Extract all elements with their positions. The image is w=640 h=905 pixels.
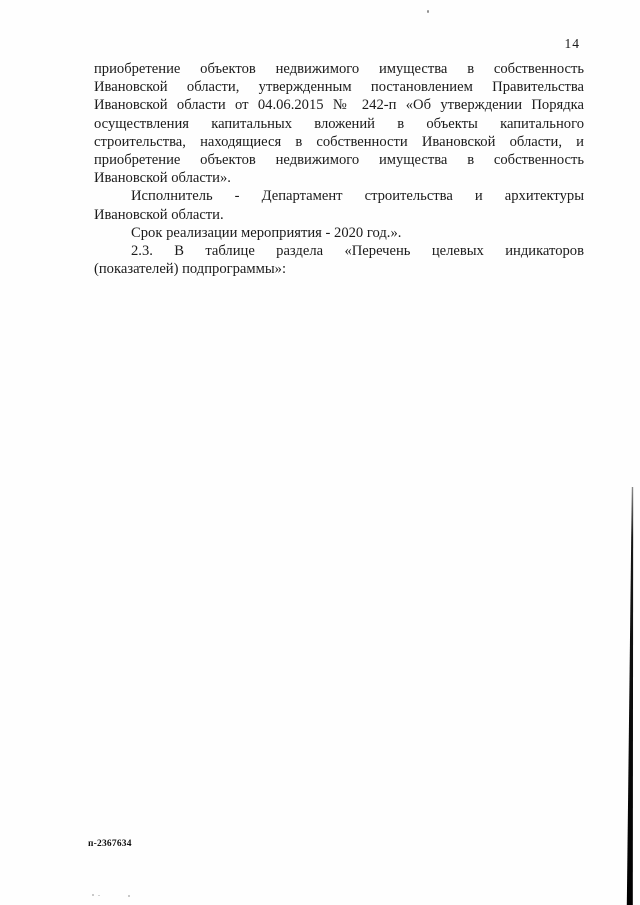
scan-speck bbox=[128, 895, 130, 897]
text-line: строительства, находящиеся в собственнос… bbox=[94, 133, 584, 151]
page-number: 14 bbox=[94, 36, 580, 52]
scan-speck bbox=[92, 894, 94, 896]
footer-code: п-2367634 bbox=[88, 839, 132, 849]
text-line: Ивановской области». bbox=[94, 169, 584, 187]
text-line: 2.3. В таблице раздела «Перечень целевых… bbox=[94, 242, 584, 260]
text-line: Исполнитель - Департамент строительства … bbox=[94, 187, 584, 205]
text-line: Ивановской области. bbox=[94, 206, 584, 224]
text-line: Ивановской области, утвержденным постано… bbox=[94, 78, 584, 96]
text-line: (показателей) подпрограммы»: bbox=[94, 260, 584, 278]
text-line: приобретение объектов недвижимого имущес… bbox=[94, 151, 584, 169]
text-line: Ивановской области от 04.06.2015 № 242-п… bbox=[94, 96, 584, 114]
scan-speck bbox=[427, 10, 429, 13]
body-text: приобретение объектов недвижимого имущес… bbox=[94, 60, 584, 278]
document-page: 14 приобретение объектов недвижимого иму… bbox=[0, 0, 640, 905]
scan-speck bbox=[98, 895, 100, 896]
text-line: осуществления капитальных вложений в объ… bbox=[94, 115, 584, 133]
text-line: Срок реализации мероприятия - 2020 год.»… bbox=[94, 224, 584, 242]
text-line: приобретение объектов недвижимого имущес… bbox=[94, 60, 584, 78]
